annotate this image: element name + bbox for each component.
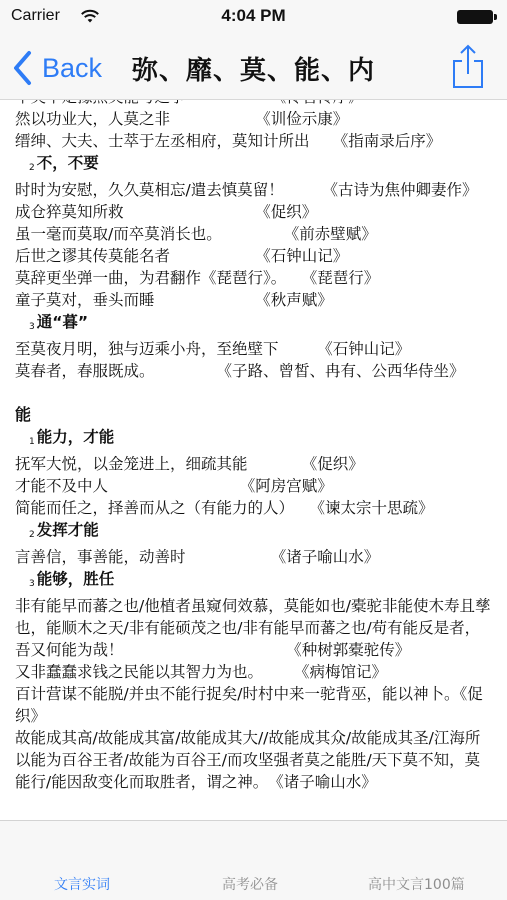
example-line: 百计营谋不能脱/并虫不能行捉矣/时村中来一驼背巫，能以神卜。《促织》 (15, 683, 492, 727)
example-line: 抚军大悦，以金笼进上，细疏其能 《促织》 (15, 453, 492, 475)
sense-heading: 3能够，胜任 (15, 568, 492, 595)
example-line: 然以功业大，人莫之非 《训俭示康》 (15, 108, 492, 130)
example-line: 成仓猝莫知所救 《促织》 (15, 201, 492, 223)
navigation-bar: Back 弥、靡、莫、能、内 (0, 34, 507, 100)
example-line: 故能成其高/故能成其富/故能成其大//故能成其众/故能成其圣/江海所以能为百谷王… (15, 727, 492, 793)
sense-number: 3 (29, 322, 35, 332)
word-heading: 能 (15, 404, 492, 426)
example-line: 言善信，事善能，动善时 《诸子喻山水》 (15, 546, 492, 568)
sense-label: 能够，胜任 (37, 570, 115, 588)
tab-wenyan-shici[interactable]: 文言实词 (54, 874, 110, 894)
sense-label: 通“暮” (37, 313, 88, 331)
example-line: 莫春者，春服既成。 《子路、曾皙、冉有、公西华侍坐》 (15, 360, 492, 382)
example-line: 简能而任之，择善而从之（有能力的人） 《谏太宗十思疏》 (15, 497, 492, 519)
sense-heading: 2发挥才能 (15, 519, 492, 546)
chevron-left-icon (12, 50, 34, 86)
example-line: 莫辞更坐弹一曲，为君翻作《琵琶行》。 《琵琶行》 (15, 267, 492, 289)
back-label: Back (42, 53, 102, 84)
example-line: 又非蠢蠢求钱之民能以其智力为也。 《病梅馆记》 (15, 661, 492, 683)
clock: 4:04 PM (0, 6, 507, 26)
sense-heading: 2不，不要 (15, 152, 492, 179)
example-line: 缙绅、大夫、士萃于左丞相府，莫知计所出 《指南录后序》 (15, 130, 492, 152)
example-line: 后世之谬其传莫能名者 《石钟山记》 (15, 245, 492, 267)
sense-heading: 3通“暮” (15, 311, 492, 338)
sense-number: 3 (29, 579, 35, 589)
tab-gaozhong-100[interactable]: 高中文言100篇 (368, 874, 465, 894)
example-line: 至莫夜月明，独与迈乘小舟，至绝壁下 《石钟山记》 (15, 338, 492, 360)
sense-number: 2 (29, 530, 35, 540)
sense-label: 发挥才能 (37, 521, 99, 539)
example-line: 时时为安慰，久久莫相忘/遣去慎莫留！ 《古诗为焦仲卿妻作》 (15, 179, 492, 201)
sense-number: 1 (29, 437, 35, 447)
sense-heading: 1能力，才能 (15, 426, 492, 453)
back-button[interactable]: Back (12, 48, 102, 88)
tab-bar: 文言实词 高考必备 高中文言100篇 (0, 820, 507, 900)
sense-label: 不，不要 (37, 154, 99, 172)
spacer (15, 382, 492, 404)
share-icon[interactable] (451, 44, 485, 90)
page-title: 弥、靡、莫、能、内 (132, 50, 375, 87)
battery-icon (457, 10, 497, 24)
example-line: 童子莫对，垂头而睡 《秋声赋》 (15, 289, 492, 311)
example-line: 虽一毫而莫取/而卒莫消长也。 《前赤壁赋》 (15, 223, 492, 245)
status-bar: Carrier 4:04 PM (0, 0, 507, 34)
article-content[interactable]: 卒英半足豫然英能与之争 《伶官传序》然以功业大，人莫之非 《训俭示康》缙绅、大夫… (0, 86, 507, 820)
example-line: 非有能早而蕃之也/他植者虽窥伺效慕，莫能如也/橐驼非能使木寿且孳也，能顺木之天/… (15, 595, 492, 661)
sense-label: 能力，才能 (37, 428, 115, 446)
sense-number: 2 (29, 163, 35, 173)
tab-gaokao-bibei[interactable]: 高考必备 (222, 874, 278, 894)
example-line: 才能不及中人 《阿房宫赋》 (15, 475, 492, 497)
